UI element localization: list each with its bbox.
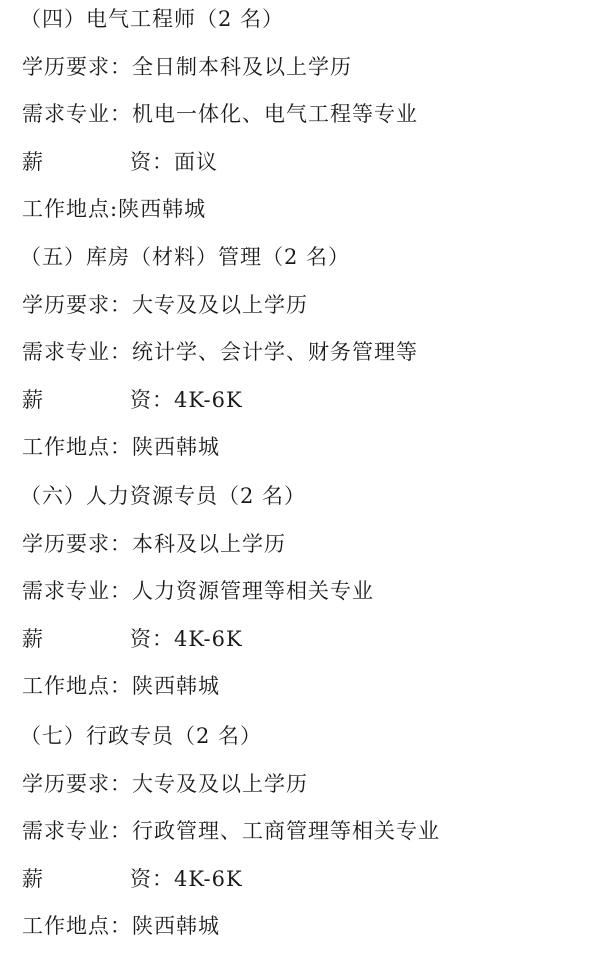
section-heading: （六）人力资源专员（2 名） — [20, 481, 306, 511]
location-label: 工作地点： — [22, 914, 132, 938]
salary-label-b: 资： — [130, 867, 174, 891]
education-label: 学历要求： — [22, 772, 132, 796]
education-row: 学历要求：大专及及以上学历 — [22, 769, 308, 799]
education-row: 学历要求：本科及以上学历 — [22, 529, 286, 559]
location-label: 工作地点: — [22, 197, 118, 221]
location-row: 工作地点：陕西韩城 — [22, 432, 220, 462]
education-value: 全日制本科及以上学历 — [132, 55, 352, 79]
section-heading: （五）库房（材料）管理（2 名） — [20, 242, 350, 272]
major-label: 需求专业： — [22, 579, 132, 603]
major-row: 需求专业：人力资源管理等相关专业 — [22, 576, 374, 606]
salary-label-a: 薪 — [22, 627, 44, 651]
section-heading: （七）行政专员（2 名） — [20, 721, 262, 751]
major-row: 需求专业：机电一体化、电气工程等专业 — [22, 99, 418, 129]
salary-value: 4K-6K — [174, 627, 243, 651]
major-value: 人力资源管理等相关专业 — [132, 579, 374, 603]
salary-label-a: 薪 — [22, 867, 44, 891]
major-label: 需求专业： — [22, 340, 132, 364]
major-value: 统计学、会计学、财务管理等 — [132, 340, 418, 364]
location-row: 工作地点:陕西韩城 — [22, 194, 206, 224]
education-value: 大专及及以上学历 — [132, 772, 308, 796]
section-heading: （四）电气工程师（2 名） — [20, 4, 284, 34]
location-value: 陕西韩城 — [118, 197, 206, 221]
major-label: 需求专业： — [22, 102, 132, 126]
major-label: 需求专业： — [22, 819, 132, 843]
salary-row: 薪资：面议 — [22, 147, 218, 177]
salary-row: 薪资：4K-6K — [22, 385, 243, 415]
major-value: 行政管理、工商管理等相关专业 — [132, 819, 440, 843]
major-value: 机电一体化、电气工程等专业 — [132, 102, 418, 126]
education-label: 学历要求： — [22, 55, 132, 79]
location-row: 工作地点：陕西韩城 — [22, 671, 220, 701]
major-row: 需求专业：行政管理、工商管理等相关专业 — [22, 816, 440, 846]
location-row: 工作地点：陕西韩城 — [22, 911, 220, 941]
education-row: 学历要求：全日制本科及以上学历 — [22, 52, 352, 82]
salary-value: 4K-6K — [174, 388, 243, 412]
education-value: 大专及及以上学历 — [132, 293, 308, 317]
salary-label-a: 薪 — [22, 150, 44, 174]
salary-row: 薪资：4K-6K — [22, 864, 243, 894]
location-value: 陕西韩城 — [132, 435, 220, 459]
location-label: 工作地点： — [22, 435, 132, 459]
location-value: 陕西韩城 — [132, 914, 220, 938]
salary-label-b: 资： — [130, 388, 174, 412]
location-label: 工作地点： — [22, 674, 132, 698]
education-label: 学历要求： — [22, 532, 132, 556]
salary-row: 薪资：4K-6K — [22, 624, 243, 654]
salary-label-b: 资： — [130, 627, 174, 651]
education-value: 本科及以上学历 — [132, 532, 286, 556]
salary-label-b: 资： — [130, 150, 174, 174]
education-row: 学历要求：大专及及以上学历 — [22, 290, 308, 320]
salary-label-a: 薪 — [22, 388, 44, 412]
salary-value: 面议 — [174, 150, 218, 174]
salary-value: 4K-6K — [174, 867, 243, 891]
major-row: 需求专业：统计学、会计学、财务管理等 — [22, 337, 418, 367]
location-value: 陕西韩城 — [132, 674, 220, 698]
education-label: 学历要求： — [22, 293, 132, 317]
